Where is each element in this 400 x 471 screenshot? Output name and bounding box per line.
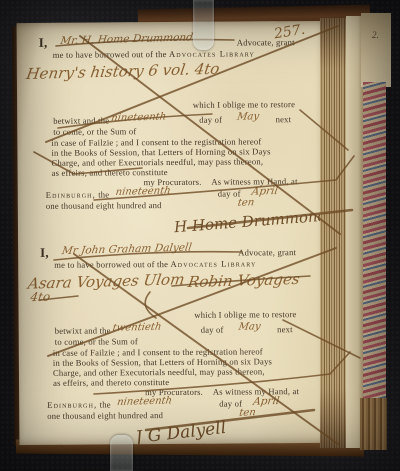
register-page: I, Mr. H. Home Drummond Advocate, grant …: [17, 21, 324, 445]
signing-month-handwritten: April: [251, 185, 279, 198]
adjacent-page-number: 2.: [372, 30, 379, 40]
loan-entry-1: I, Mr. H. Home Drummond Advocate, grant …: [25, 35, 316, 251]
entry-opening-line: I, Mr. H. Home Drummond Advocate, grant: [25, 35, 315, 50]
printed-borrowed-line: me to have borrowed out of the Advocates…: [53, 48, 255, 59]
book-title-handwritten: Asara Voyages Ulom Robin Voyages: [28, 271, 299, 292]
signing-day-handwritten: nineteenth: [115, 185, 172, 198]
return-month-handwritten: May: [236, 111, 260, 123]
year-word-handwritten: ten: [238, 407, 256, 418]
printed-sum-line: to come, or the Sum of: [53, 126, 136, 137]
signing-day-handwritten: nineteenth: [116, 395, 173, 408]
year-line: one thousand eight hundred and ten: [47, 409, 317, 423]
printed-oblige-line: which I oblige me to restore: [193, 99, 295, 110]
printed-initial: I,: [40, 245, 49, 261]
page-fore-edge-stack: [320, 18, 347, 448]
loan-entry-2: I, Mr John Graham Dalyell Advocate, gran…: [26, 245, 317, 461]
signing-month-handwritten: April: [252, 395, 280, 408]
printed-edinburgh: Edinburgh,: [46, 190, 96, 200]
return-day-handwritten: twentieth: [112, 322, 162, 334]
book-title-struck: Robin Voyages: [186, 270, 300, 291]
signature-handwritten: J G Dalyell: [135, 418, 228, 448]
library-name: Advocates Library: [169, 48, 255, 59]
printed-edinburgh: Edinburgh,: [47, 400, 97, 410]
year-word-handwritten: ten: [237, 197, 255, 208]
borrower-name-handwritten: Mr John Graham Dalyell: [61, 241, 193, 257]
printed-oblige-line: which I oblige me to restore: [194, 309, 296, 320]
lower-board-edge: [360, 398, 387, 450]
return-month-handwritten: May: [238, 321, 262, 333]
entry-opening-line: I, Mr John Graham Dalyell Advocate, gran…: [26, 245, 316, 260]
borrower-name-handwritten: Mr. H. Home Drummond: [60, 31, 194, 47]
book-format-struck: 4to: [29, 290, 51, 305]
library-name: Advocates Library: [170, 258, 256, 269]
printed-initial: I,: [39, 35, 48, 51]
marbled-board-edge: [363, 82, 386, 400]
cover-inner-corner: [361, 13, 391, 87]
clear-page-holder-tab-top: [193, 0, 214, 50]
clear-page-holder-tab-bottom: [110, 435, 133, 471]
printed-sum-line: to come, or the Sum of: [55, 336, 138, 347]
printed-advocate-grant: Advocate, grant: [238, 247, 296, 257]
book-title-handwritten: Henry's history 6 vol. 4to: [25, 60, 221, 83]
return-day-handwritten: nineteenth: [110, 111, 167, 124]
printed-borrowed-line: me to have borrowed out of the Advocates…: [54, 258, 256, 269]
photograph-of-register-page: I, Mr. H. Home Drummond Advocate, grant …: [0, 0, 400, 471]
